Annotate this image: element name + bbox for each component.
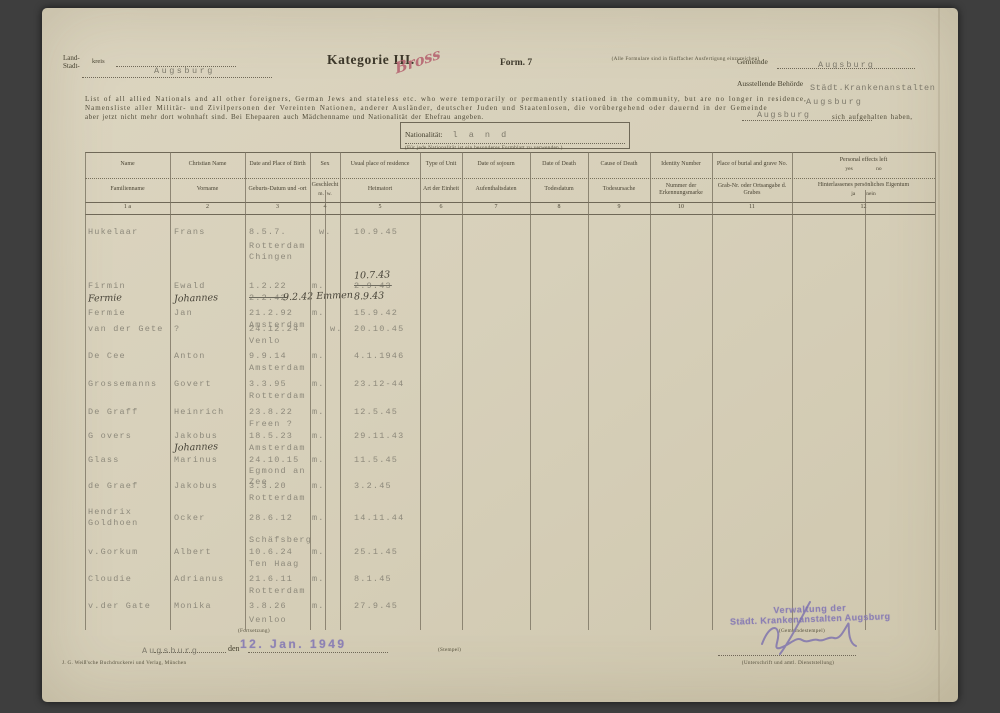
intro-gemeinde-value: Augsburg <box>757 110 811 120</box>
header-de: Todesursache <box>588 178 650 202</box>
res-cell: 23.12-44 <box>354 379 404 389</box>
header-num: 2 <box>170 202 245 214</box>
first-cell: Frans <box>174 227 206 237</box>
res-cell: 27.9.45 <box>354 601 398 611</box>
header-en-text: Place of burial and grave No. <box>717 161 787 169</box>
authority-value-1: Städt.Krankenanstalten <box>810 83 935 93</box>
column-rule-9 <box>650 152 651 630</box>
header-de-text: Art der Einheit <box>423 186 459 194</box>
table-rule-top <box>85 152 935 153</box>
name-cell: Fermie <box>88 292 122 304</box>
sex-cell: m. <box>312 281 325 291</box>
form-number: Form. 7 <box>500 58 532 68</box>
header-de-text: Nummer der Erkennungsmarke <box>651 183 711 198</box>
column-rule-6 <box>462 152 463 630</box>
gemeinde-label: Gemeinde <box>737 57 768 66</box>
stempel-label: (Stempel) <box>438 647 461 653</box>
den-label: den <box>228 644 240 653</box>
birth-cell: 24.12.24 <box>249 324 299 334</box>
birth-cell: Rotterdam <box>249 241 306 251</box>
header-en: Personal effects leftyes no <box>792 152 935 178</box>
first-cell: ? <box>174 324 180 334</box>
sex-cell: m. <box>312 481 325 491</box>
header-en: Name <box>85 152 170 178</box>
header-de-sub: ja nein <box>851 191 875 198</box>
birth-cell: 23.8.22 <box>249 407 293 417</box>
nationality-label: Nationalität: <box>405 130 443 139</box>
column-rule-2 <box>245 152 246 630</box>
signature-dotline <box>718 655 856 656</box>
sex-cell: m. <box>312 601 325 611</box>
authority-label: Ausstellende Behörde <box>737 79 803 88</box>
birth-cell: 1.2.22 <box>249 281 287 291</box>
header-en: Date of sojourn <box>462 152 530 178</box>
intro-german-1: Namensliste aller Militär- und Zivilpers… <box>85 104 768 112</box>
sex-cell: m. <box>312 407 325 417</box>
first-cell: Johannes <box>174 292 218 305</box>
name-cell: van der Gete <box>88 324 164 334</box>
first-cell: Jakobus <box>174 431 218 441</box>
column-rule-4 <box>340 152 341 630</box>
birth-cell: Venlo <box>249 336 281 346</box>
header-num: 3 <box>245 202 310 214</box>
header-de-text: Vorname <box>197 186 219 194</box>
header-en-text: Name <box>120 161 134 169</box>
birth-cell: Rotterdam <box>249 493 306 503</box>
header-de-text: Aufenthaltsdaten <box>476 186 517 194</box>
place-value: Augsburg <box>142 646 199 656</box>
name-cell: de Graef <box>88 481 138 491</box>
name-cell: Fermie <box>88 308 126 318</box>
res-cell: 2.9.43 <box>354 281 392 291</box>
header-en-text: Usual place of residence <box>351 161 410 169</box>
header-en-text: Type of Unit <box>426 161 457 169</box>
header-en-text: Date of sojourn <box>477 161 514 169</box>
name-cell: v.der Gate <box>88 601 151 611</box>
region-value: Augsburg <box>154 66 215 76</box>
header-de: Grab-Nr. oder Ortsangabe d. Grabes <box>712 178 792 202</box>
name-cell: De Cee <box>88 351 126 361</box>
sex-cell: m. <box>312 455 325 465</box>
column-rule-10 <box>712 152 713 630</box>
header-en-text: Identity Number <box>661 161 701 169</box>
res-cell: 25.1.45 <box>354 547 398 557</box>
column-rule-8 <box>588 152 589 630</box>
header-num: 10 <box>650 202 712 214</box>
birth-cell: 9.9.14 <box>249 351 287 361</box>
screenshot-root: { "colors":{"paper":"#d7d0ba","ink":"#45… <box>0 0 1000 713</box>
header-de: Heimatort <box>340 178 420 202</box>
birth-cell: Ten Haag <box>249 559 299 569</box>
first-cell: Ewald <box>174 281 206 291</box>
sex-cell: m. <box>312 513 325 523</box>
birth-cell: 2.2.42 <box>249 293 287 303</box>
birth-cell: 21.6.11 <box>249 574 293 584</box>
sex-cell: m. <box>312 431 325 441</box>
birth-cell: Chingen <box>249 252 293 262</box>
header-en: Usual place of residence <box>340 152 420 178</box>
header-num: 1 a <box>85 202 170 214</box>
header-en-text: Date of Death <box>542 161 576 169</box>
sex-cell: m. <box>312 574 325 584</box>
birth-cell: 3.3.95 <box>249 379 287 389</box>
first-cell: Ocker <box>174 513 206 523</box>
header-en-text: Christian Name <box>189 161 227 169</box>
header-de: Hinterlassenes persönliches Eigentumja n… <box>792 178 935 202</box>
res-cell: 8.1.45 <box>354 574 392 584</box>
name-cell: Firmin <box>88 281 126 291</box>
header-col-7: Date of sojournAufenthaltsdaten7 <box>462 152 530 214</box>
header-num: 7 <box>462 202 530 214</box>
column-rule-5 <box>420 152 421 630</box>
header-num: 8 <box>530 202 588 214</box>
birth-cell: 3.8.26 <box>249 601 287 611</box>
res-cell: 4.1.1946 <box>354 351 404 361</box>
header-en-text: Cause of Death <box>601 161 638 169</box>
name-cell: Cloudie <box>88 574 132 584</box>
header-en: Christian Name <box>170 152 245 178</box>
header-en: Date of Death <box>530 152 588 178</box>
res-cell: 15.9.42 <box>354 308 398 318</box>
header-en: Type of Unit <box>420 152 462 178</box>
header-col-12: Personal effects leftyes noHinterlassene… <box>792 152 935 214</box>
header-de-text: Todesdatum <box>544 186 573 194</box>
table-header: NameFamilienname1 aChristian NameVorname… <box>85 152 935 214</box>
first-cell: Marinus <box>174 455 218 465</box>
birth-cell: 28.6.12 <box>249 513 293 523</box>
res-cell: 11.5.45 <box>354 455 398 465</box>
signature-note: (Unterschrift und amtl. Dienststellung) <box>708 660 868 666</box>
header-de-text: Heimatort <box>368 186 392 194</box>
birth-cell: Egmond an <box>249 466 306 476</box>
header-en: Sex <box>310 152 340 178</box>
first-cell: Albert <box>174 547 212 557</box>
header-num: 9 <box>588 202 650 214</box>
region-label-land: Land- <box>63 54 80 62</box>
column-rule-7 <box>530 152 531 630</box>
signature-scribble <box>732 598 882 660</box>
first-cell: Jan <box>174 308 193 318</box>
column-rule-11 <box>792 152 793 630</box>
region-label-kreis: kreis <box>92 58 105 65</box>
header-de: Vorname <box>170 178 245 202</box>
birth-cell: 3.3.20 <box>249 481 287 491</box>
sex-cell: m. <box>312 351 325 361</box>
header-en-text: Date and Place of Birth <box>249 161 305 169</box>
header-de-text: Todesursache <box>603 186 636 194</box>
header-col-9: Cause of DeathTodesursache9 <box>588 152 650 214</box>
header-col-5: Usual place of residenceHeimatort5 <box>340 152 420 214</box>
header-en-text: Personal effects left <box>840 157 888 165</box>
name-cell: v.Gorkum <box>88 547 138 557</box>
header-col-2: Christian NameVorname2 <box>170 152 245 214</box>
column-rule-12 <box>935 152 936 630</box>
document-page: Land- Stadt- kreis Augsburg Kategorie II… <box>42 8 958 702</box>
intro-german-tail: sich aufgehalten haben, <box>832 113 913 121</box>
birth-cell: Schäfsberg <box>249 535 312 545</box>
name-cell: Hukelaar <box>88 227 138 237</box>
res-cell: 20.10.45 <box>354 324 404 334</box>
first-cell: Jakobus <box>174 481 218 491</box>
header-col-6: Type of UnitArt der Einheit6 <box>420 152 462 214</box>
res-cell: 14.11.44 <box>354 513 404 523</box>
header-num: 12 <box>792 202 935 214</box>
region-dotline-2 <box>82 77 272 78</box>
header-col-3: Date and Place of BirthGeburts-Datum und… <box>245 152 310 214</box>
header-en: Place of burial and grave No. <box>712 152 792 178</box>
birth-cell: Rotterdam <box>249 586 306 596</box>
header-de-text: Grab-Nr. oder Ortsangabe d. Grabes <box>713 183 791 198</box>
header-en: Date and Place of Birth <box>245 152 310 178</box>
header-de-text: Hinterlassenes persönliches Eigentum <box>818 182 909 190</box>
header-en-text: Sex <box>321 161 330 169</box>
birth-cell: Freen ? <box>249 419 293 429</box>
sex-cell: m. <box>312 379 325 389</box>
name-cell: Hendrix <box>88 507 132 517</box>
birth-cell: 9.2.42 Emmen <box>283 290 353 303</box>
name-cell: Grossemanns <box>88 379 157 389</box>
header-col-1: NameFamilienname1 a <box>85 152 170 214</box>
header-num: 5 <box>340 202 420 214</box>
date-dotline <box>248 652 388 653</box>
first-cell: Johannes <box>174 441 218 454</box>
nationality-note: (Für jede Nationalität ist ein besondere… <box>405 145 625 151</box>
birth-cell: Amsterdam <box>249 443 306 453</box>
header-col-8: Date of DeathTodesdatum8 <box>530 152 588 214</box>
first-cell: Adrianus <box>174 574 224 584</box>
res-cell: 8.9.43 <box>354 290 385 302</box>
table-rule-below-numbers <box>85 214 935 215</box>
scan-crease <box>938 8 940 702</box>
birth-cell: 24.10.15 <box>249 455 299 465</box>
sex-cell: m. <box>312 547 325 557</box>
header-de: Aufenthaltsdaten <box>462 178 530 202</box>
header-en: Identity Number <box>650 152 712 178</box>
region-label: Land- Stadt- <box>63 54 80 70</box>
header-de: Art der Einheit <box>420 178 462 202</box>
name-cell: Glass <box>88 455 120 465</box>
printer-imprint: J. G. Weiß'sche Buchdruckerei und Verlag… <box>62 660 186 666</box>
header-num: 6 <box>420 202 462 214</box>
intro-german-2: aber jetzt nicht mehr dort wohnhaft sind… <box>85 113 484 121</box>
column-subrule-1 <box>865 190 866 630</box>
gemeinde-value: Augsburg <box>818 60 875 70</box>
intro-english: List of all allied Nationals and all oth… <box>85 95 807 103</box>
authority-value-2: Augsburg <box>806 97 863 107</box>
header-de: Familienname <box>85 178 170 202</box>
header-en: Cause of Death <box>588 152 650 178</box>
res-cell: 29.11.43 <box>354 431 404 441</box>
birth-cell: Amsterdam <box>249 363 306 373</box>
first-cell: Govert <box>174 379 212 389</box>
res-cell: 10.7.43 <box>354 269 391 281</box>
column-rule-1 <box>170 152 171 630</box>
first-cell: Monika <box>174 601 212 611</box>
nationality-dotline <box>405 143 625 144</box>
header-de-text: Geschlecht <box>312 182 339 190</box>
header-num: 11 <box>712 202 792 214</box>
header-de-text: Familienname <box>110 186 144 194</box>
birth-cell: 10.6.24 <box>249 547 293 557</box>
column-rule-3 <box>310 152 311 630</box>
date-stamp: 12. Jan. 1949 <box>240 637 347 651</box>
header-en-sub: yes no <box>845 166 881 173</box>
first-cell: Anton <box>174 351 206 361</box>
birth-cell: Rotterdam <box>249 391 306 401</box>
res-cell: 10.9.45 <box>354 227 398 237</box>
first-cell: Heinrich <box>174 407 224 417</box>
column-rule-0 <box>85 152 86 630</box>
header-de: Nummer der Erkennungsmarke <box>650 178 712 202</box>
region-label-stadt: Stadt- <box>63 62 80 70</box>
name-cell: G overs <box>88 431 132 441</box>
nationality-value: l a n d <box>453 130 510 140</box>
birth-cell: 8.5.7. <box>249 227 287 237</box>
header-de: Todesdatum <box>530 178 588 202</box>
header-col-10: Identity NumberNummer der Erkennungsmark… <box>650 152 712 214</box>
sex-cell: m. <box>312 308 325 318</box>
birth-cell: Venloo <box>249 615 287 625</box>
table-rule-lang-divider <box>85 178 935 179</box>
continuation-note: (Fortsetzung) <box>238 628 270 634</box>
header-de-text: Geburts-Datum und -ort <box>249 186 307 194</box>
column-subrule-0 <box>325 190 326 630</box>
res-cell: 12.5.45 <box>354 407 398 417</box>
res-cell: 3.2.45 <box>354 481 392 491</box>
name-cell: De Graff <box>88 407 138 417</box>
birth-cell: 21.2.92 <box>249 308 293 318</box>
name-cell: Goldhoen <box>88 518 138 528</box>
red-handwritten-annotation: Bross <box>394 44 442 77</box>
birth-cell: 18.5.23 <box>249 431 293 441</box>
table-rule-above-numbers <box>85 202 935 203</box>
nationality-box: Nationalität: l a n d (Für jede National… <box>400 122 630 149</box>
header-de: Geburts-Datum und -ort <box>245 178 310 202</box>
header-col-11: Place of burial and grave No.Grab-Nr. od… <box>712 152 792 214</box>
